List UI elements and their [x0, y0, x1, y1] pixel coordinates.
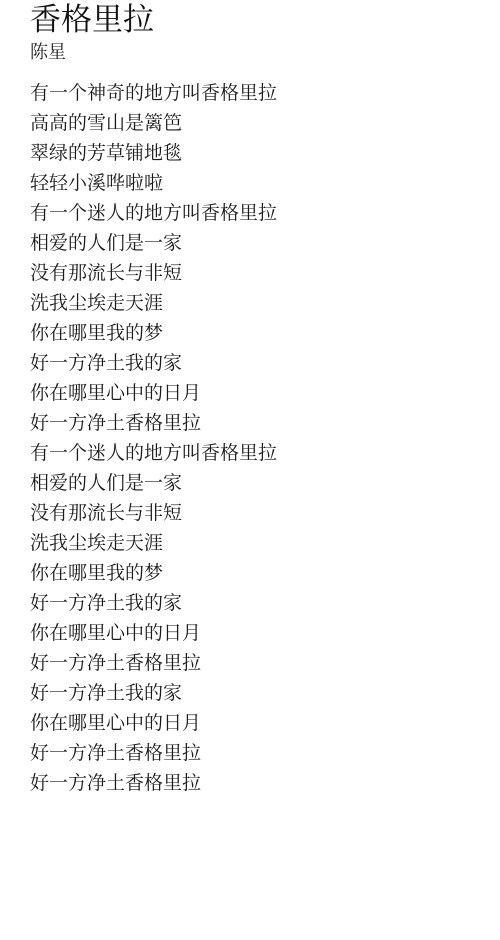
- lyric-line: 你在哪里我的梦: [30, 558, 277, 588]
- lyric-line: 没有那流长与非短: [30, 498, 277, 528]
- song-artist: 陈星: [30, 41, 66, 65]
- lyric-line: 好一方净土我的家: [30, 678, 277, 708]
- lyric-line: 相爱的人们是一家: [30, 468, 277, 498]
- lyric-line: 好一方净土我的家: [30, 588, 277, 618]
- lyric-line: 你在哪里心中的日月: [30, 708, 277, 738]
- lyric-line: 高高的雪山是篱笆: [30, 108, 277, 138]
- lyric-line: 你在哪里心中的日月: [30, 378, 277, 408]
- lyric-line: 洗我尘埃走天涯: [30, 288, 277, 318]
- lyric-line: 翠绿的芳草铺地毯: [30, 138, 277, 168]
- lyric-line: 好一方净土香格里拉: [30, 648, 277, 678]
- lyric-line: 洗我尘埃走天涯: [30, 528, 277, 558]
- lyric-line: 你在哪里我的梦: [30, 318, 277, 348]
- lyric-line: 有一个迷人的地方叫香格里拉: [30, 198, 277, 228]
- lyric-line: 有一个神奇的地方叫香格里拉: [30, 78, 277, 108]
- lyric-line: 好一方净土香格里拉: [30, 738, 277, 768]
- lyric-line: 好一方净土我的家: [30, 348, 277, 378]
- lyric-line: 相爱的人们是一家: [30, 228, 277, 258]
- lyric-line: 好一方净土香格里拉: [30, 408, 277, 438]
- lyric-line: 有一个迷人的地方叫香格里拉: [30, 438, 277, 468]
- lyric-line: 你在哪里心中的日月: [30, 618, 277, 648]
- lyric-line: 没有那流长与非短: [30, 258, 277, 288]
- lyric-line: 轻轻小溪哗啦啦: [30, 168, 277, 198]
- lyric-line: 好一方净土香格里拉: [30, 768, 277, 798]
- lyrics-list: 有一个神奇的地方叫香格里拉 高高的雪山是篱笆 翠绿的芳草铺地毯 轻轻小溪哗啦啦 …: [30, 78, 277, 798]
- song-title: 香格里拉: [30, 0, 154, 40]
